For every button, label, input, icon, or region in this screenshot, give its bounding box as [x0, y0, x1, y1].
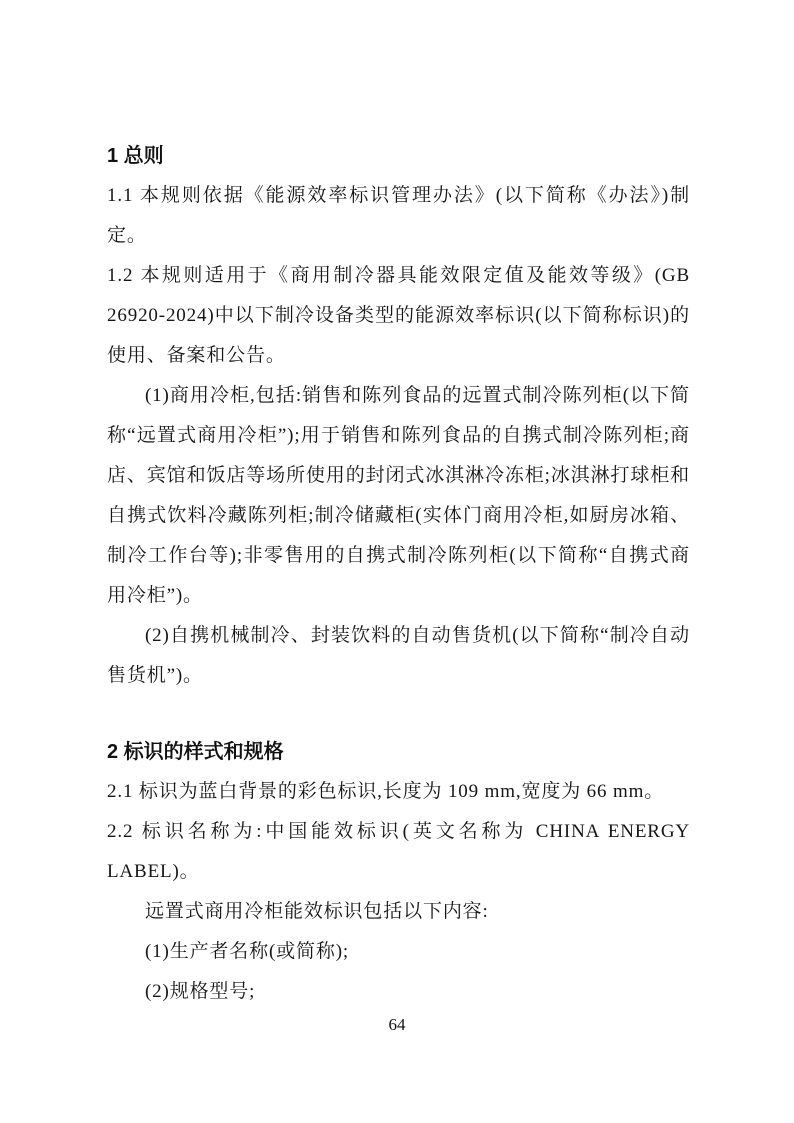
document-page: 1 总则 1.1 本规则依据《能源效率标识管理办法》(以下简称《办法》)制定。 … [0, 0, 794, 1123]
section-2-list-item-1: (1)生产者名称(或简称); [107, 932, 690, 972]
section-2-intro: 远置式商用冷柜能效标识包括以下内容: [107, 892, 690, 932]
para-2-2: 2.2 标识名称为:中国能效标识(英文名称为 CHINA ENERGY LABE… [107, 812, 690, 892]
section-2-heading: 2 标识的样式和规格 [107, 732, 690, 772]
para-1-1: 1.1 本规则依据《能源效率标识管理办法》(以下简称《办法》)制定。 [107, 176, 690, 256]
section-1-heading: 1 总则 [107, 136, 690, 176]
para-1-2: 1.2 本规则适用于《商用制冷器具能效限定值及能效等级》(GB 26920-20… [107, 256, 690, 376]
section-1-list-item-1: (1)商用冷柜,包括:销售和陈列食品的远置式制冷陈列柜(以下简称“远置式商用冷柜… [107, 376, 690, 616]
page-footer: 64 [0, 1013, 794, 1123]
section-1-list-item-2: (2)自携机械制冷、封装饮料的自动售货机(以下简称“制冷自动售货机”)。 [107, 616, 690, 696]
page-number: 64 [389, 1013, 406, 1037]
section-2-list-item-2: (2)规格型号; [107, 972, 690, 1012]
para-2-1: 2.1 标识为蓝白背景的彩色标识,长度为 109 mm,宽度为 66 mm。 [107, 772, 690, 812]
